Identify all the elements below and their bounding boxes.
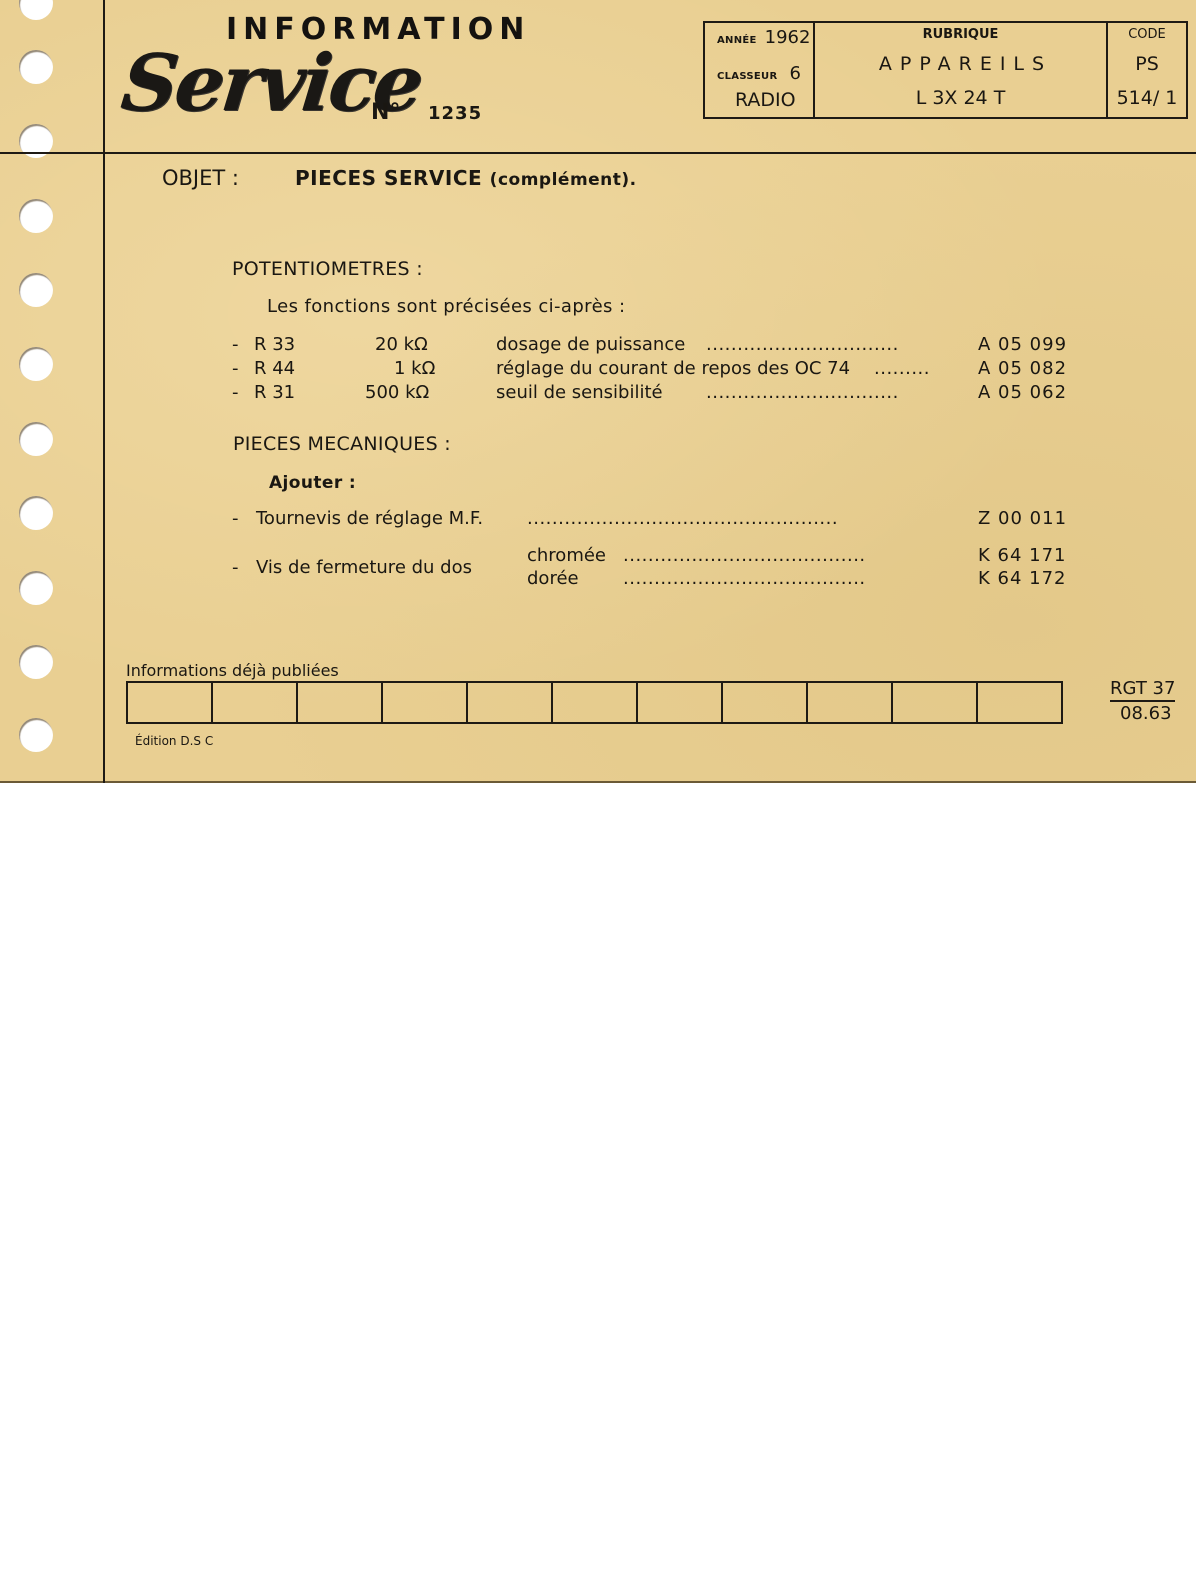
binder-hole (19, 199, 53, 233)
potentiometer-row: - R 31 500 kΩ seuil de sensibilité .....… (0, 382, 1196, 406)
rubrique-value: APPAREILS (815, 53, 1106, 75)
binder-hole (19, 718, 53, 752)
potentiometer-row: - R 44 1 kΩ réglage du courant de repos … (0, 358, 1196, 382)
published-info-cell (298, 683, 383, 722)
component-ref: R 33 (254, 334, 295, 355)
leader-dots: ............................... (706, 334, 899, 355)
published-info-cell (383, 683, 468, 722)
published-info-label: Informations déjà publiées (126, 661, 339, 680)
binder-hole (19, 645, 53, 679)
classification-box: ANNÉE1962 CLASSEUR6 RADIO RUBRIQUE APPAR… (703, 21, 1188, 119)
rubrique-label: RUBRIQUE (815, 27, 1106, 42)
rgt-date: 08.63 (1120, 703, 1172, 724)
component-ref: R 44 (254, 358, 295, 379)
annee-label: ANNÉE (717, 35, 757, 46)
binder-hole (19, 0, 53, 20)
component-ref: R 31 (254, 382, 295, 403)
component-value: 20 kΩ (375, 334, 428, 355)
binder-hole (19, 422, 53, 456)
component-value: 500 kΩ (365, 382, 429, 403)
binder-hole (19, 273, 53, 307)
number-value: 1235 (428, 103, 482, 124)
rubrique-cell: RUBRIQUE APPAREILS L 3X 24 T (815, 23, 1108, 117)
classeur-value: 6 (789, 63, 800, 84)
classeur-label: CLASSEUR (717, 71, 777, 82)
binder-hole (19, 50, 53, 84)
published-info-cell (893, 683, 978, 722)
published-info-cell (723, 683, 808, 722)
section-potentiometres: POTENTIOMETRES : (232, 258, 423, 280)
published-info-cell (638, 683, 723, 722)
code-value: 514/ 1 (1108, 87, 1186, 109)
annee-classeur-cell: ANNÉE1962 CLASSEUR6 RADIO (705, 23, 815, 117)
component-function: seuil de sensibilité (496, 382, 663, 403)
category-value: RADIO (735, 89, 796, 111)
published-info-cell (468, 683, 553, 722)
leader-dots: ......... (874, 358, 930, 379)
objet-main: PIECES SERVICE (295, 166, 482, 190)
mechanical-part-row: - Tournevis de réglage M.F. ............… (0, 508, 1196, 532)
published-info-grid (126, 681, 1063, 724)
published-info-cell (128, 683, 213, 722)
part-variant: dorée (527, 568, 579, 589)
part-label: Tournevis de réglage M.F. (256, 508, 483, 529)
rgt-reference: RGT 37 (1110, 678, 1175, 702)
potentiometer-row: - R 33 20 kΩ dosage de puissance .......… (0, 334, 1196, 358)
header-rule (0, 152, 1196, 154)
number-label: N° (371, 100, 400, 125)
published-info-cell (213, 683, 298, 722)
code-cell: CODE PS 514/ 1 (1108, 23, 1188, 117)
published-info-cell (808, 683, 893, 722)
leader-dots: ....................................... (623, 568, 866, 589)
annee-value: 1962 (765, 27, 811, 48)
mechanical-part-row: dorée ..................................… (0, 568, 1196, 592)
part-number: K 64 172 (978, 568, 1067, 589)
part-number: Z 00 011 (978, 508, 1067, 529)
part-number: A 05 099 (978, 334, 1067, 355)
objet-label: OBJET : (162, 166, 239, 190)
component-value: 1 kΩ (394, 358, 435, 379)
ajouter-label: Ajouter : (269, 473, 356, 493)
edition-label: Édition D.S C (135, 734, 213, 748)
component-function: dosage de puissance (496, 334, 685, 355)
model-value: L 3X 24 T (815, 87, 1106, 109)
published-info-cell (978, 683, 1061, 722)
leader-dots: ............................... (706, 382, 899, 403)
section-pieces-mecaniques: PIECES MECANIQUES : (233, 433, 451, 455)
objet-suffix: (complément). (490, 170, 637, 190)
part-number: A 05 082 (978, 358, 1067, 379)
component-function: réglage du courant de repos des OC 74 (496, 358, 850, 379)
published-info-cell (553, 683, 638, 722)
leader-dots: ........................................… (527, 508, 838, 529)
service-information-card: INFORMATION Service N° 1235 ANNÉE1962 CL… (0, 0, 1196, 783)
potentiometres-intro: Les fonctions sont précisées ci-après : (267, 296, 625, 317)
objet-value: PIECES SERVICE (complément). (295, 166, 637, 190)
code-prefix: PS (1108, 53, 1186, 75)
code-label: CODE (1108, 27, 1186, 42)
part-number: A 05 062 (978, 382, 1067, 403)
